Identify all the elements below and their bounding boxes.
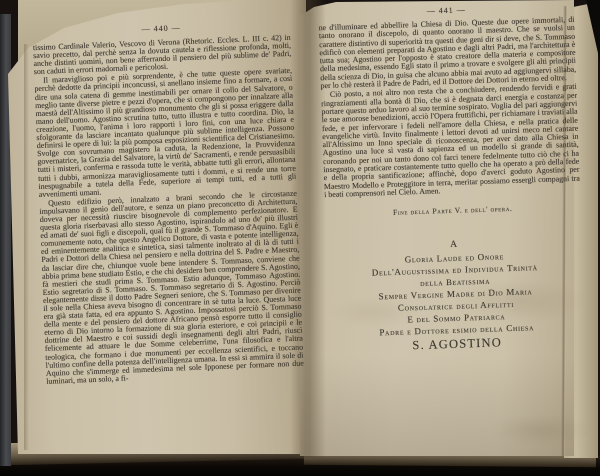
- paragraph: Questo edifizio però, innalzato a brani …: [39, 189, 304, 385]
- paragraph: ne d'illuminare ed abbellire la Chiesa d…: [319, 16, 577, 91]
- left-page-crease: [24, 44, 29, 450]
- left-page-body: tissimo Cardinale Valerio, Vescovo di Ve…: [33, 34, 305, 386]
- end-of-part-line: Fine della Parte V. e dell' opera.: [325, 202, 581, 219]
- book-photo: { "left_page": { "page_number": "— 440 —…: [0, 0, 600, 476]
- right-page-body: ne d'illuminare ed abbellire la Chiesa d…: [319, 16, 581, 200]
- dedication-block: A Gloria Laude ed Onore Dell'Augustissim…: [326, 235, 586, 356]
- paragraph: Ciò posto, a noi altro non resta che a c…: [321, 83, 580, 199]
- paragraph: Il maraviglioso poi e più sorprendente, …: [34, 67, 297, 199]
- right-page-text-block: — 441 — ne d'illuminare ed abbellire la …: [318, 2, 589, 456]
- left-page-text-block: — 440 — tissimo Cardinale Valerio, Vesco…: [32, 19, 307, 453]
